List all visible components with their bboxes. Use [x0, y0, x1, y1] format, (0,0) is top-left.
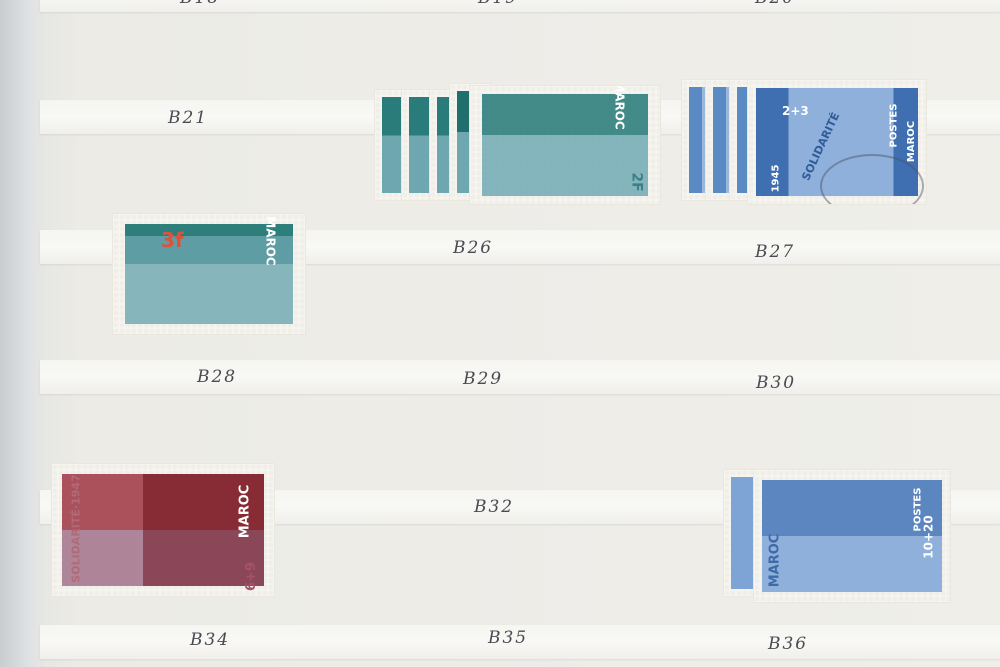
stamp-blue-solidarite-1947: MAROC POSTES 10+20 [754, 470, 950, 602]
label: B30 [756, 373, 796, 393]
label: B28 [197, 367, 237, 387]
stamp-blue-solidarite-1945: 2+3 SOLIDARITÉ 1945 POSTES MAROC [748, 80, 926, 204]
stockbook-page: B18 B19 B20 B21 B26 B27 B28 B29 B30 B32 … [0, 0, 1000, 667]
label: B35 [488, 628, 528, 648]
label: B29 [463, 369, 503, 389]
label: B18 [180, 0, 220, 8]
label: B26 [453, 238, 493, 258]
stamp-red-solidarite-1947: SOLIDARITÉ·1947 MAROC 6+9 [52, 464, 274, 596]
label: B36 [768, 634, 808, 654]
label: B34 [190, 630, 230, 650]
strip [40, 360, 1000, 394]
label: B19 [478, 0, 518, 8]
stamp-overprint-3f: 3f MAROC [113, 214, 305, 334]
stamp-teal-2f: MAROC 2F [470, 86, 660, 204]
label: B20 [755, 0, 795, 8]
label: B27 [755, 242, 795, 262]
label: B32 [474, 497, 514, 517]
label: B21 [168, 108, 208, 128]
